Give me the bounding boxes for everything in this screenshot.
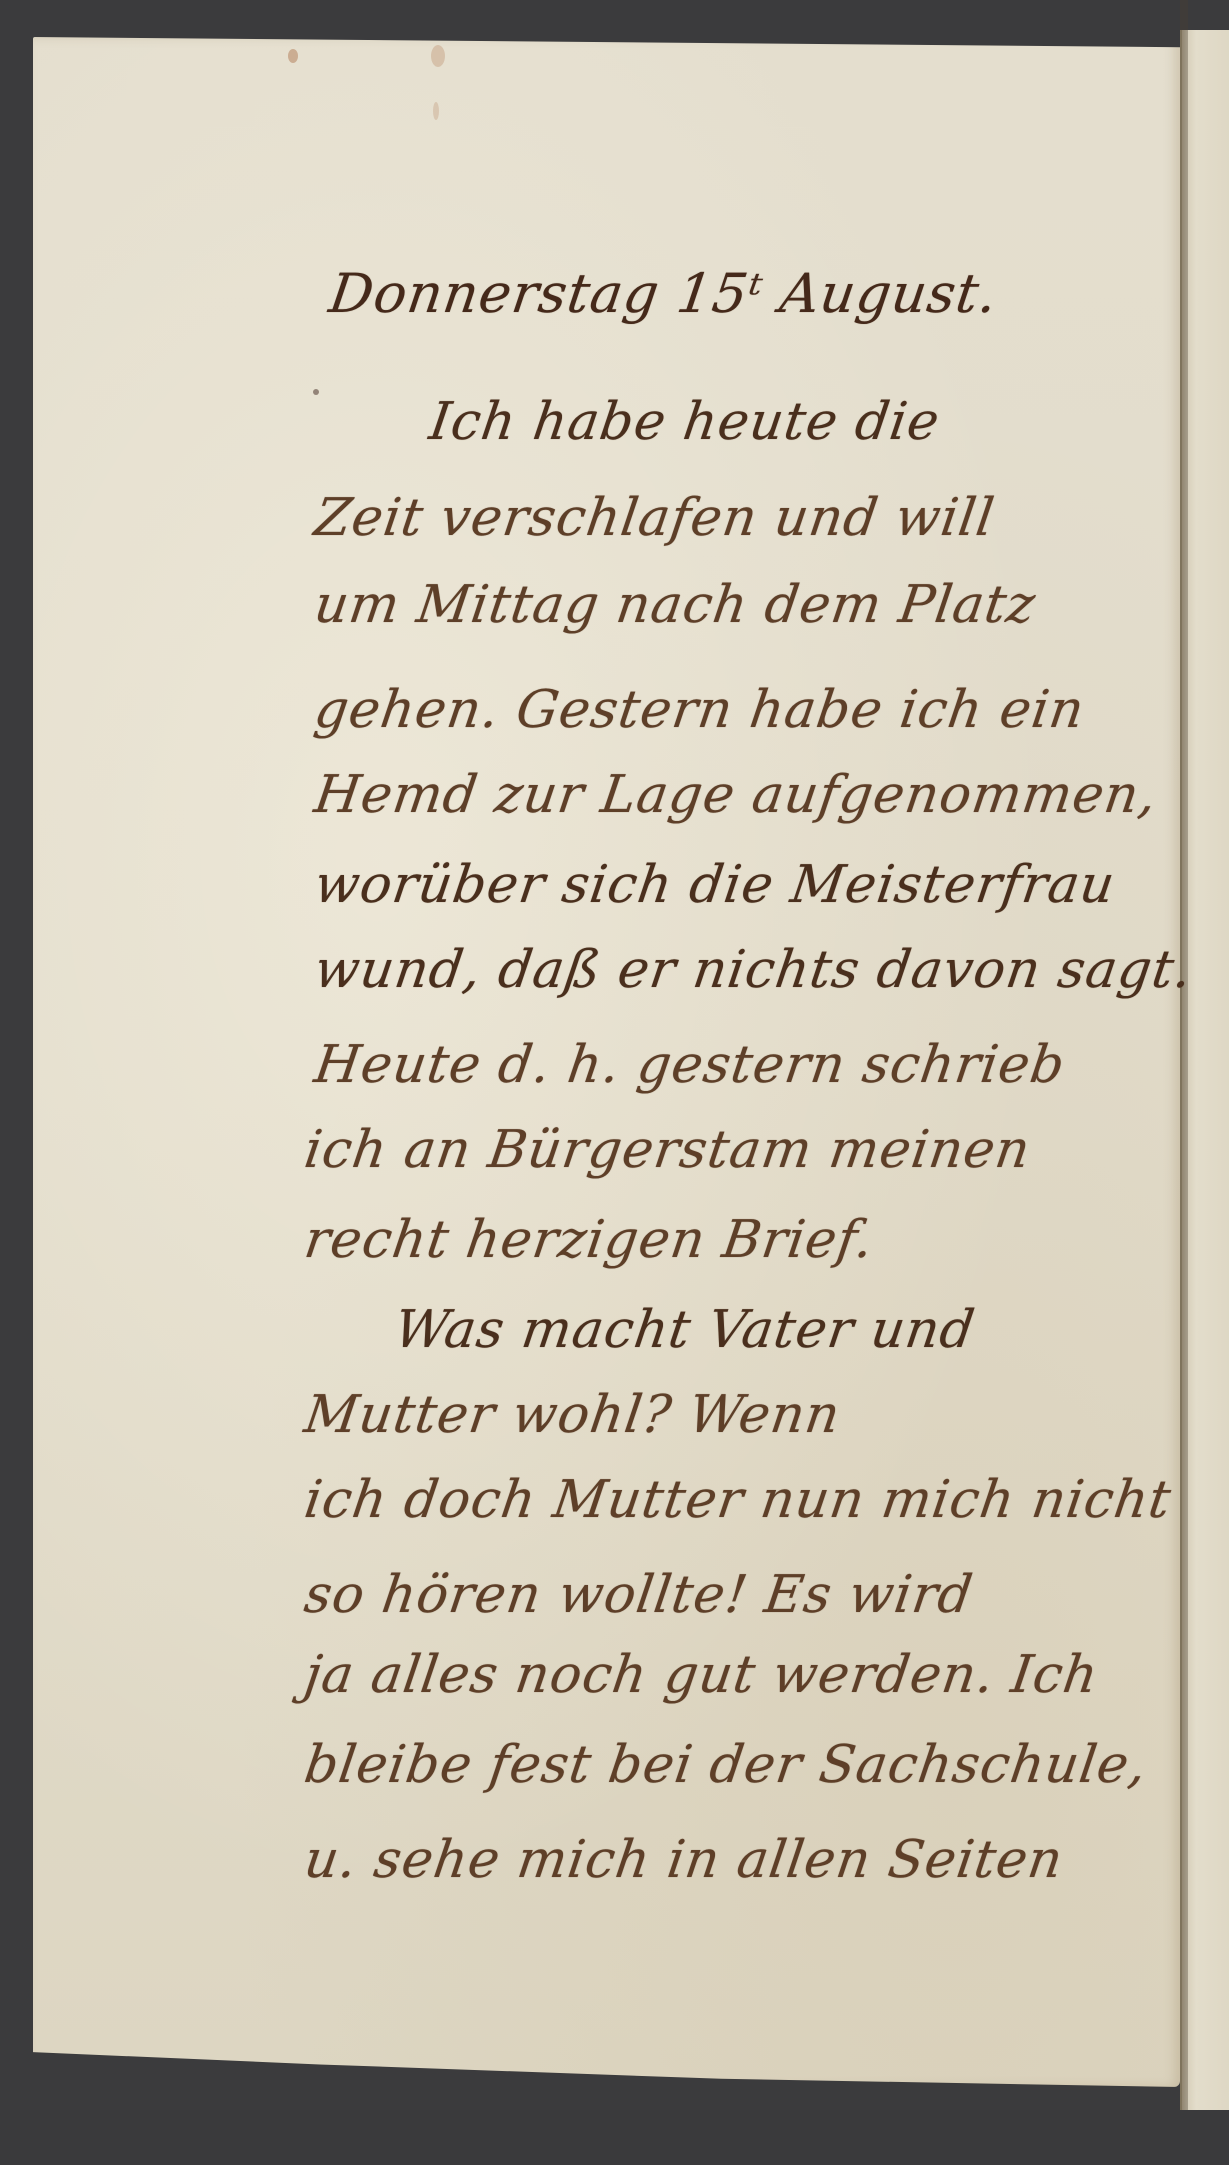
- letter-line: worüber sich die Meisterfrau: [311, 855, 1119, 915]
- letter-line: wund, daß er nichts davon sagt.: [311, 940, 1196, 1000]
- letter-line: gehen. Gestern habe ich ein: [311, 680, 1089, 740]
- letter-line: Hemd zur Lage aufgenommen,: [311, 765, 1161, 825]
- letter-line: ich an Bürgerstam meinen: [301, 1120, 1035, 1180]
- letter-line: u. sehe mich in allen Seiten: [301, 1830, 1067, 1890]
- letter-line: um Mittag nach dem Platz: [311, 575, 1040, 635]
- letter-line: so hören wollte! Es wird: [301, 1565, 977, 1625]
- letter-line: Ich habe heute die: [426, 392, 944, 452]
- letter-line: Was macht Vater und: [391, 1300, 979, 1360]
- letter-line: Heute d. h. gestern schrieb: [311, 1035, 1069, 1095]
- letter-line: ich doch Mutter nun mich nicht: [301, 1470, 1175, 1530]
- letter-line: bleibe fest bei der Sachschule,: [301, 1735, 1151, 1795]
- handwritten-text: Donnerstag 15ᵗ August. Ich habe heute di…: [0, 0, 1229, 2165]
- letter-date: Donnerstag 15ᵗ August.: [326, 262, 1002, 325]
- letter-line: Zeit verschlafen und will: [311, 488, 999, 548]
- letter-line: Mutter wohl? Wenn: [301, 1385, 844, 1445]
- letter-line: ja alles noch gut werden. Ich: [301, 1645, 1102, 1705]
- scan-background: Donnerstag 15ᵗ August. Ich habe heute di…: [0, 0, 1229, 2165]
- letter-line: recht herzigen Brief.: [301, 1210, 878, 1270]
